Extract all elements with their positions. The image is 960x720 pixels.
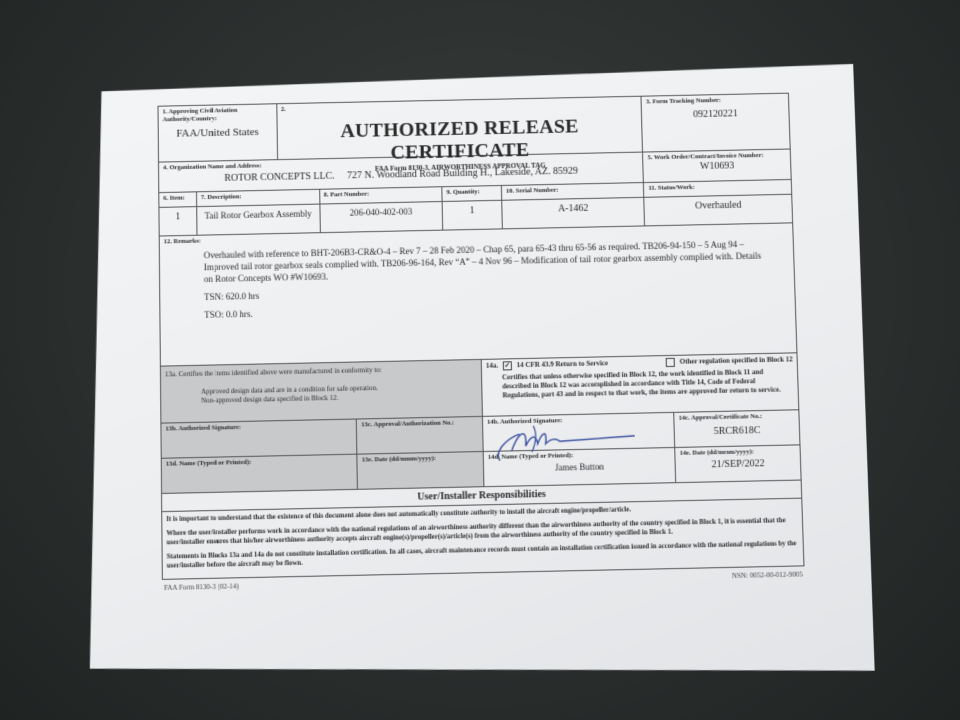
block-14e: 14e. Date (dd/mmm/yyyy): 21/SEP/2022 <box>676 445 801 482</box>
part-number: 206-040-402-003 <box>320 202 443 232</box>
block-14d: 14d. Name (Typed or Printed): James Butt… <box>484 448 677 486</box>
block-3: 3. Form Tracking Number: 092120221 <box>642 94 790 152</box>
block-1: 1. Approving Civil Aviation Authority/Co… <box>158 104 277 161</box>
block-14a: 14a. ✓ 14 CFR 43.9 Return to Service Oth… <box>482 353 799 416</box>
return-to-service-checkbox[interactable]: ✓ <box>503 361 512 370</box>
certification-date: 21/SEP/2022 <box>680 455 796 471</box>
serial-number: A-1462 <box>502 198 645 229</box>
nsn-footer: NSN: 0052-00-012-9005 <box>732 570 803 580</box>
block-13a-label: 13a. Certifies the items identified abov… <box>165 364 477 379</box>
block-14a-certification-text: Certifies that unless otherwise specifie… <box>486 364 794 400</box>
approving-authority: FAA/United States <box>163 122 273 140</box>
block-13c: 13c. Approval/Authorization No.: <box>357 417 484 454</box>
other-regulation-label: Other regulation specified in Block 12 <box>680 356 793 366</box>
remarks-main: Overhauled with reference to BHT-206B3-C… <box>204 238 762 285</box>
block-14a-label: 14a. <box>486 362 498 370</box>
block-5: 5. Work Order/Contract/Invoice Number: W… <box>643 150 790 183</box>
approval-certificate-number: 5RCR618C <box>679 420 795 437</box>
block-12-remarks: 12. Remarks: Overhauled with reference t… <box>160 223 797 365</box>
responsibilities-body: It is important to understand that the e… <box>162 499 803 579</box>
block-13b: 13b. Authorized Signature: <box>161 420 357 458</box>
block-14b-label: 14b. Authorized Signature: <box>487 415 670 427</box>
block-13d: 13d. Name (Typed or Printed): <box>162 455 359 493</box>
form-number-footer: FAA Form 8130-3 (02-14) <box>164 582 239 592</box>
header-description: 7. Description: <box>197 190 320 206</box>
block-2-label: 2. <box>281 99 637 114</box>
item-number: 1 <box>159 207 197 235</box>
form-tracking-number: 092120221 <box>646 104 785 122</box>
status-work: Overhauled <box>645 195 792 226</box>
return-to-service-label: 14 CFR 43.9 Return to Service <box>517 359 609 369</box>
block-13e-label: 13e. Date (dd/mmm/yyyy): <box>362 454 479 464</box>
block-14b: 14b. Authorized Signature: <box>483 413 676 451</box>
block-13a: 13a. Certifies the items identified abov… <box>161 360 483 423</box>
header-part-number: 8. Part Number: <box>320 187 443 203</box>
quantity: 1 <box>443 201 503 230</box>
header-item: 6. Item: <box>159 192 197 207</box>
block-13c-label: 13c. Approval/Authorization No.: <box>361 419 478 429</box>
block-13e: 13e. Date (dd/mmm/yyyy): <box>358 452 485 489</box>
block-2: 2. AUTHORIZED RELEASE CERTIFICATE FAA Fo… <box>277 97 643 159</box>
block-13d-label: 13d. Name (Typed or Printed): <box>166 457 353 469</box>
authorized-release-certificate-form: 1. Approving Civil Aviation Authority/Co… <box>157 93 805 596</box>
item-description: Tail Rotor Gearbox Assembly <box>197 205 320 235</box>
other-regulation-checkbox[interactable] <box>666 358 675 367</box>
paper-sheet: 1. Approving Civil Aviation Authority/Co… <box>86 64 875 687</box>
block-13b-label: 13b. Authorized Signature: <box>165 422 352 434</box>
block-14c: 14c. Approval/Certificate No.: 5RCR618C <box>675 410 800 447</box>
header-quantity: 9. Quantity: <box>442 186 502 201</box>
